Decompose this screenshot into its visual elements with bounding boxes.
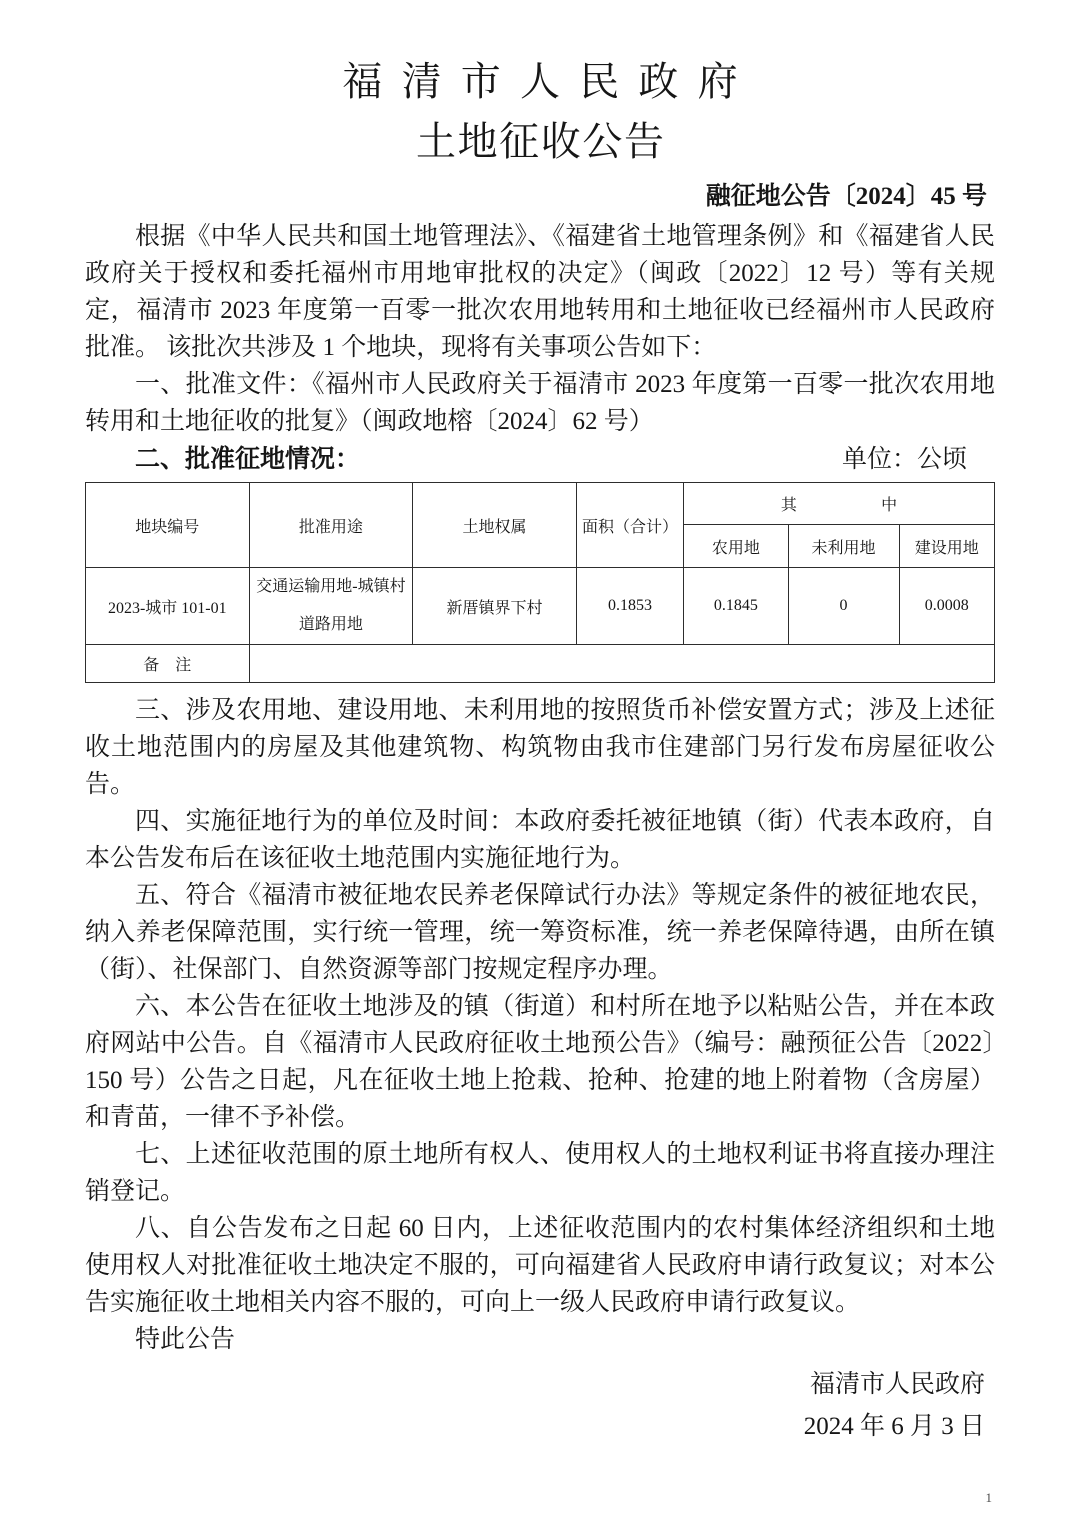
- col-header-ownership: 土地权属: [413, 483, 577, 568]
- page-title: 福清市人民政府: [85, 58, 995, 106]
- paragraph-item-8: 八、自公告发布之日起 60 日内，上述征收范围内的农村集体经济组织和土地使用权人…: [85, 1210, 995, 1321]
- note-row: 备 注: [86, 645, 995, 683]
- paragraph-item-6: 六、本公告在征收土地涉及的镇（街道）和村所在地予以粘贴公告，并在本政府网站中公告…: [85, 988, 995, 1136]
- paragraph-item-5: 五、符合《福清市被征地农民养老保障试行办法》等规定条件的被征地农民，纳入养老保障…: [85, 877, 995, 988]
- col-header-unused: 未利用地: [788, 525, 899, 568]
- cell-area-total: 0.1853: [576, 568, 683, 645]
- paragraph-item-7: 七、上述征收范围的原土地所有权人、使用权人的土地权利证书将直接办理注销登记。: [85, 1136, 995, 1210]
- breakdown-group-label: 其中: [686, 492, 992, 515]
- closing-line: 特此公告: [85, 1321, 995, 1358]
- page-number: 1: [986, 1490, 993, 1506]
- cell-ownership: 新厝镇界下村: [413, 568, 577, 645]
- paragraph-item-4: 四、实施征地行为的单位及时间：本政府委托被征地镇（街）代表本政府，自本公告发布后…: [85, 803, 995, 877]
- cell-parcel-id: 2023-城市 101-01: [86, 568, 250, 645]
- paragraph-item-1: 一、批准文件：《福州市人民政府关于福清市 2023 年度第一百零一批次农用地转用…: [85, 366, 995, 440]
- cell-agricultural: 0.1845: [684, 568, 789, 645]
- note-label: 备 注: [86, 645, 250, 683]
- section-2-header-row: 二、批准征地情况： 单位：公顷: [85, 441, 995, 479]
- col-header-construction: 建设用地: [899, 525, 995, 568]
- doc-number: 融征地公告〔2024〕45 号: [85, 180, 995, 214]
- paragraph-item-3: 三、涉及农用地、建设用地、未利用地的按照货币补偿安置方式；涉及上述征收土地范围内…: [85, 692, 995, 803]
- col-header-approved-use: 批准用途: [249, 483, 413, 568]
- col-header-breakdown-group: 其中: [684, 483, 995, 525]
- intro-paragraph: 根据《中华人民共和国土地管理法》、《福建省土地管理条例》和《福建省人民政府关于授…: [85, 218, 995, 366]
- col-header-parcel-id: 地块编号: [86, 483, 250, 568]
- unit-label: 单位：公顷: [842, 441, 995, 479]
- issue-date: 2024 年 6 月 3 日: [85, 1406, 985, 1448]
- issuer-name: 福清市人民政府: [85, 1364, 985, 1406]
- cell-unused: 0: [788, 568, 899, 645]
- page-subtitle: 土地征收公告: [85, 118, 995, 166]
- col-header-area-total: 面积（合计）: [576, 483, 683, 568]
- col-header-agricultural: 农用地: [684, 525, 789, 568]
- section-2-label: 二、批准征地情况：: [85, 441, 360, 479]
- cell-approved-use: 交通运输用地-城镇村道路用地: [249, 568, 413, 645]
- table-row: 2023-城市 101-01 交通运输用地-城镇村道路用地 新厝镇界下村 0.1…: [86, 568, 995, 645]
- note-value: [249, 645, 994, 683]
- document-page: 福清市人民政府 土地征收公告 融征地公告〔2024〕45 号 根据《中华人民共和…: [0, 0, 1080, 1448]
- signature-block: 福清市人民政府 2024 年 6 月 3 日: [85, 1364, 995, 1448]
- land-approval-table: 地块编号 批准用途 土地权属 面积（合计） 其中 农用地 未利用地 建设用地 2…: [85, 482, 995, 683]
- cell-construction: 0.0008: [899, 568, 995, 645]
